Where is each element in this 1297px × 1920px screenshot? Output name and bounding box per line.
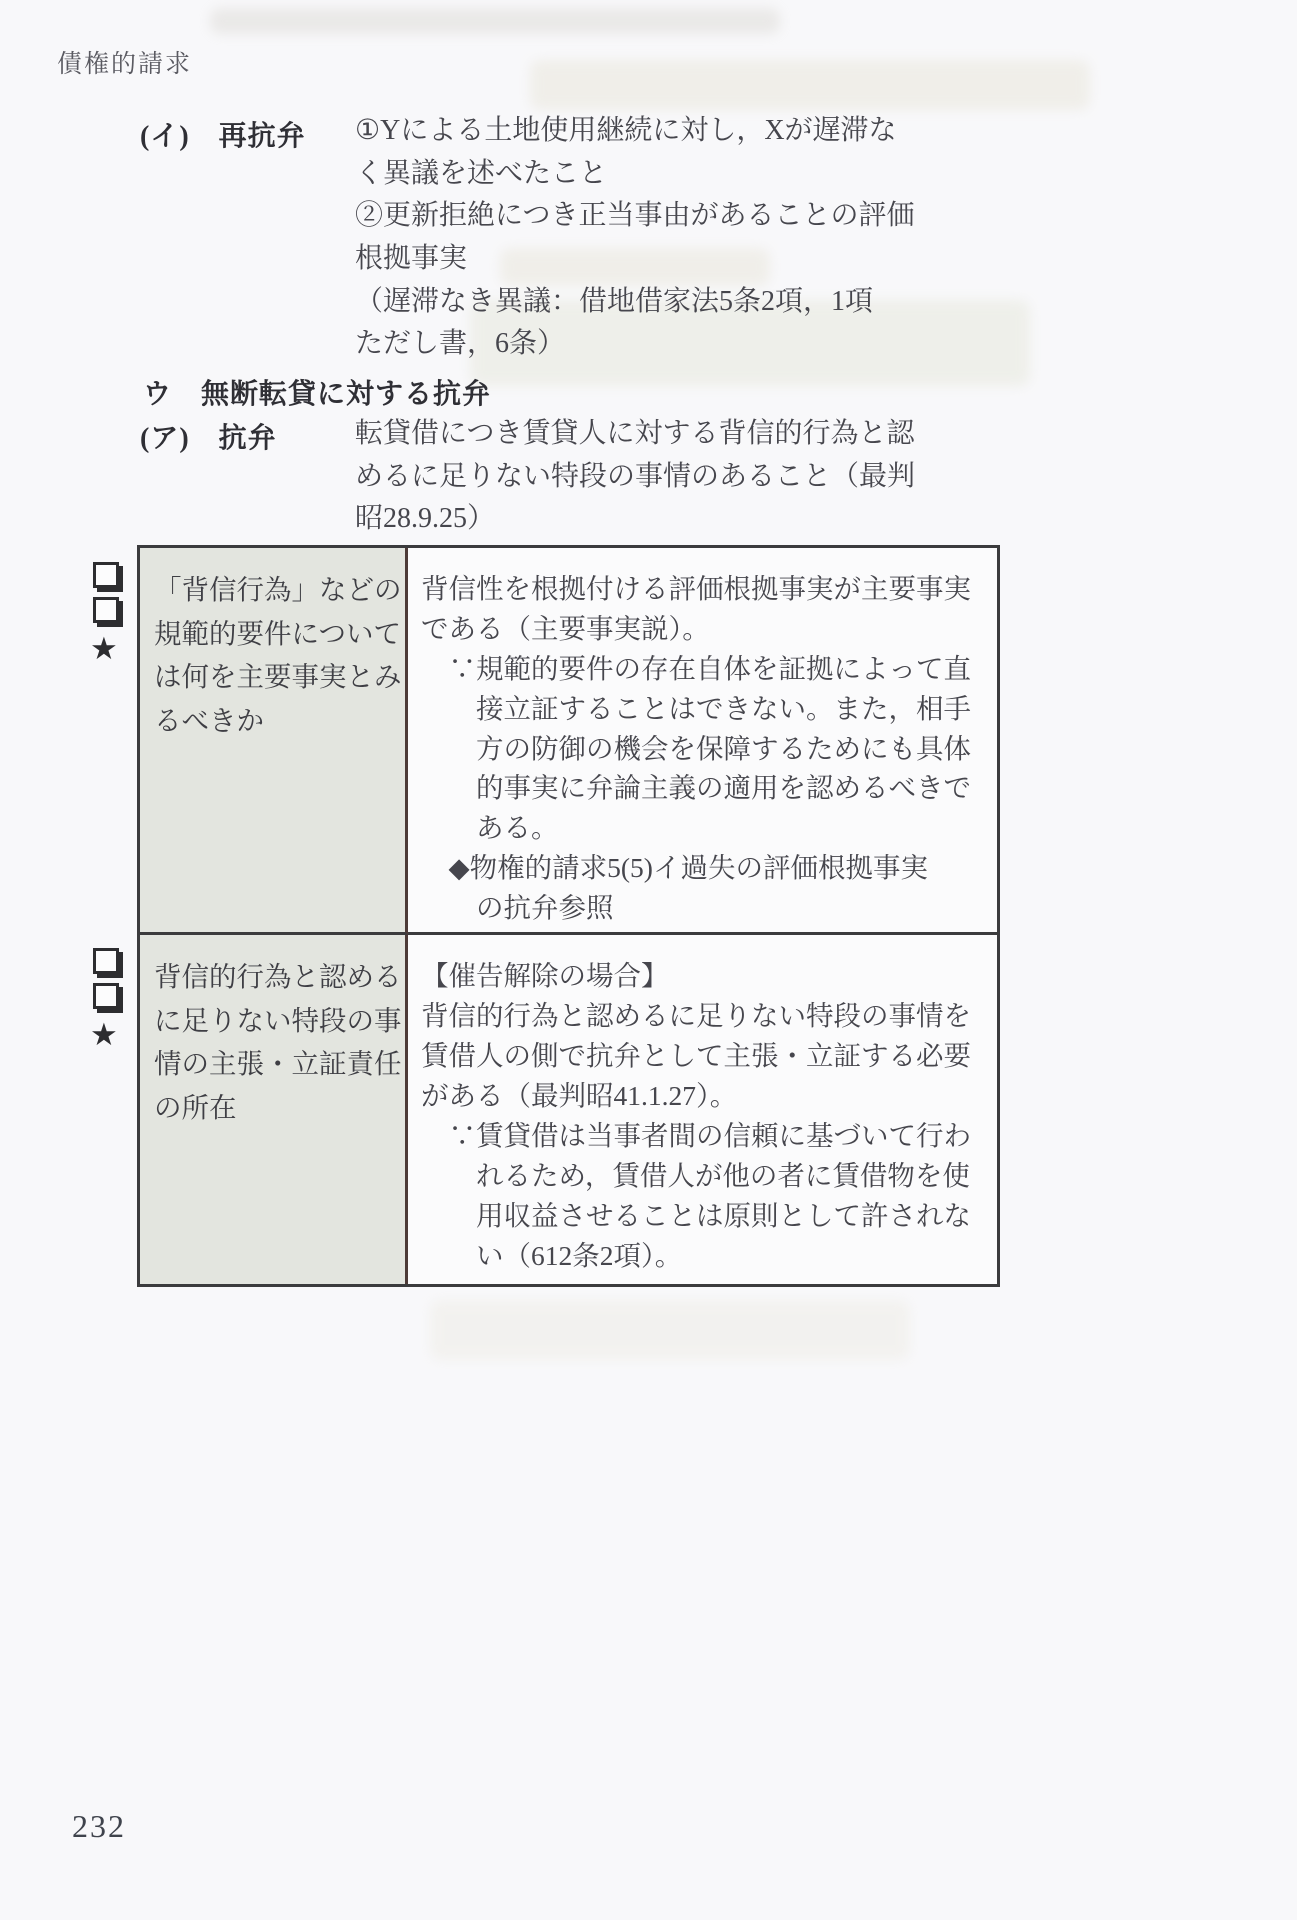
answer-cell: 背信性を根拠付ける評価根拠事実が主要事実 である（主要事実説）。 ∵規範的要件の…: [408, 548, 997, 935]
text-line: ②更新拒絶につき正当事由があることの評価: [355, 195, 995, 238]
text-line: 【催告解除の場合】: [421, 956, 987, 996]
checkbox-icon: [93, 983, 119, 1009]
outline-text-kouben: 転貸借につき賃貸人に対する背信的行為と認 めるに足りない特段の事情のあること（最…: [355, 413, 995, 541]
text-line: れるため，賃借人が他の者に賃借物を使: [421, 1156, 987, 1196]
text-line: 賃借人の側で抗弁として主張・立証する必要: [421, 1036, 987, 1076]
checkbox-icon: [93, 562, 119, 588]
text-line: の抗弁参照: [421, 888, 987, 928]
qa-table: 「背信行為」などの 規範的要件について は何を主要事実とみ るべきか 背信性を根…: [137, 545, 1000, 1287]
text-line: 「背信行為」などの: [154, 568, 395, 612]
text-line: く異議を述べたこと: [355, 153, 995, 196]
outline-label-kouben: (ア) 抗弁: [140, 416, 277, 456]
text-line: い（612条2項）。: [421, 1236, 987, 1276]
text-line: である（主要事実説）。: [421, 609, 987, 649]
text-line: の所在: [154, 1086, 395, 1130]
checkbox-icon: [93, 948, 119, 974]
text-line: 背信的行為と認める: [154, 955, 395, 999]
outline-text-sai-kouben: ①Yによる土地使用継続に対し，Xが遅滞な く異議を述べたこと ②更新拒絶につき正…: [355, 110, 995, 366]
bleed-through-smudge: [430, 1300, 910, 1360]
question-cell: 背信的行為と認める に足りない特段の事 情の主張・立証責任 の所在: [140, 935, 408, 1284]
text-line: ∵規範的要件の存在自体を証拠によって直: [421, 649, 987, 689]
text-line: 情の主張・立証責任: [154, 1042, 395, 1086]
text-line: （遅滞なき異議：借地借家法5条2項，1項: [355, 281, 995, 324]
margin-marker-row1: ★: [93, 562, 133, 665]
text-line: ただし書，6条）: [355, 323, 995, 366]
text-line: めるに足りない特段の事情のあること（最判: [355, 456, 995, 499]
text-line: 接立証することはできない。また，相手: [421, 689, 987, 729]
text-line: 規範的要件について: [154, 612, 395, 656]
text-line: 転貸借につき賃貸人に対する背信的行為と認: [355, 413, 995, 456]
question-cell: 「背信行為」などの 規範的要件について は何を主要事実とみ るべきか: [140, 548, 408, 935]
bleed-through-smudge: [530, 60, 1090, 110]
text-line: 背信的行為と認めるに足りない特段の事情を: [421, 996, 987, 1036]
bleed-through-smudge: [210, 8, 780, 34]
star-icon: ★: [90, 634, 118, 665]
text-line: 的事実に弁論主義の適用を認めるべきで: [421, 768, 987, 808]
running-head-title: 債権的請求: [57, 44, 192, 80]
text-line: は何を主要事実とみ: [154, 655, 395, 699]
outline-heading-mudan-tentai: ウ 無断転貸に対する抗弁: [143, 372, 491, 412]
answer-cell: 【催告解除の場合】 背信的行為と認めるに足りない特段の事情を 賃借人の側で抗弁と…: [408, 935, 997, 1284]
margin-marker-row2: ★: [93, 948, 133, 1051]
text-line: 方の防御の機会を保障するためにも具体: [421, 729, 987, 769]
text-line: ◆物権的請求5(5)イ過失の評価根拠事実: [421, 848, 987, 888]
text-line: に足りない特段の事: [154, 999, 395, 1043]
scanned-page: 債権的請求 (イ) 再抗弁 ①Yによる土地使用継続に対し，Xが遅滞な く異議を述…: [0, 0, 1297, 1920]
outline-label-sai-kouben: (イ) 再抗弁: [140, 114, 306, 154]
text-line: 根拠事実: [355, 238, 995, 281]
text-line: 背信性を根拠付ける評価根拠事実が主要事実: [421, 569, 987, 609]
text-line: がある（最判昭41.1.27）。: [421, 1076, 987, 1116]
text-line: ∵賃貸借は当事者間の信頼に基づいて行わ: [421, 1116, 987, 1156]
text-line: 昭28.9.25）: [355, 498, 995, 541]
page-number: 232: [72, 1808, 126, 1845]
text-line: るべきか: [154, 699, 395, 743]
text-line: ある。: [421, 808, 987, 848]
text-line: ①Yによる土地使用継続に対し，Xが遅滞な: [355, 110, 995, 153]
star-icon: ★: [90, 1020, 118, 1051]
text-line: 用収益させることは原則として許されな: [421, 1196, 987, 1236]
checkbox-icon: [93, 597, 119, 623]
